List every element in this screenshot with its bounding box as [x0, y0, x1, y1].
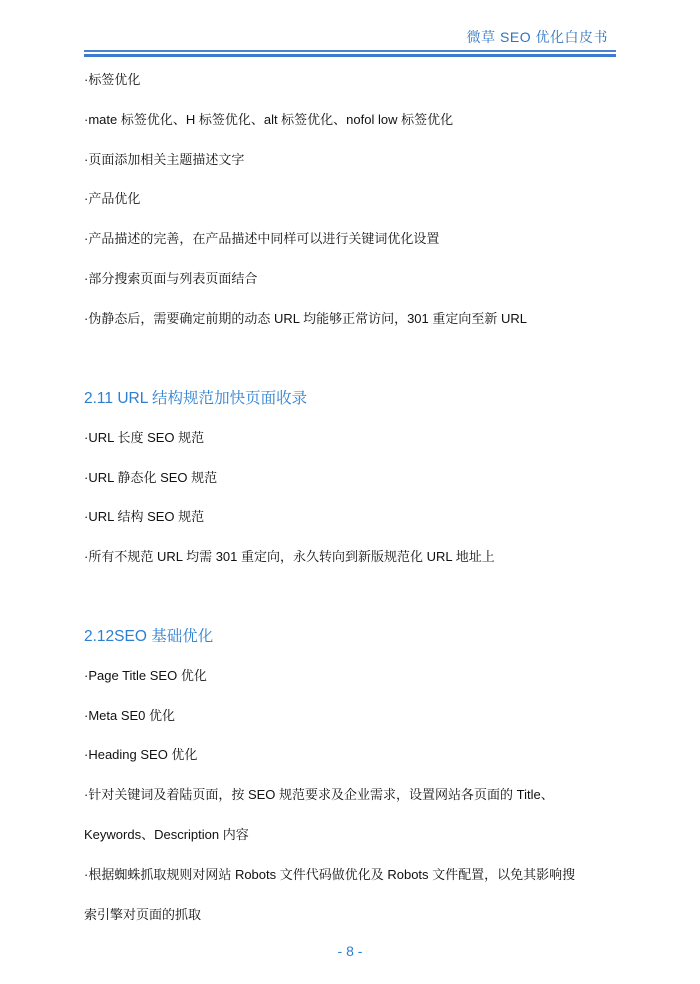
bullet-line: ·URL 静态化 SEO 规范 [84, 467, 217, 486]
section-heading-2-12: 2.12SEO 基础优化 [84, 624, 213, 646]
bullet-line: ·URL 长度 SEO 规范 [84, 427, 204, 446]
continuation-line: 索引擎对页面的抓取 [84, 904, 201, 923]
bullet-line: ·产品描述的完善，在产品描述中同样可以进行关键词优化设置 [84, 228, 439, 247]
page-number: - 8 - [0, 943, 700, 959]
bullet-line: ·Heading SEO 优化 [84, 744, 197, 763]
bullet-line: ·所有不规范 URL 均需 301 重定向，永久转向到新版规范化 URL 地址上 [84, 546, 495, 565]
document-title: 微草 SEO 优化白皮书 [467, 27, 608, 47]
bullet-line: ·伪静态后，需要确定前期的动态 URL 均能够正常访问，301 重定向至新 UR… [84, 308, 527, 327]
header-rule-thin [84, 50, 616, 52]
bullet-line: ·根据蜘蛛抓取规则对网站 Robots 文件代码做优化及 Robots 文件配置… [84, 864, 575, 883]
bullet-line: ·针对关键词及着陆页面，按 SEO 规范要求及企业需求，设置网站各页面的 Tit… [84, 784, 554, 803]
header-rule-thick [84, 54, 616, 57]
bullet-line: ·产品优化 [84, 188, 140, 207]
bullet-line: ·标签优化 [84, 69, 140, 88]
continuation-line: Keywords、Description 内容 [84, 824, 249, 843]
bullet-line: ·Page Title SEO 优化 [84, 665, 207, 684]
bullet-line: ·部分搜索页面与列表页面结合 [84, 268, 257, 287]
bullet-line: ·mate 标签优化、H 标签优化、alt 标签优化、nofol low 标签优… [84, 109, 453, 128]
section-heading-2-11: 2.11 URL 结构规范加快页面收录 [84, 386, 307, 408]
bullet-line: ·页面添加相关主题描述文字 [84, 149, 244, 168]
bullet-line: ·URL 结构 SEO 规范 [84, 506, 204, 525]
bullet-line: ·Meta SE0 优化 [84, 705, 175, 724]
